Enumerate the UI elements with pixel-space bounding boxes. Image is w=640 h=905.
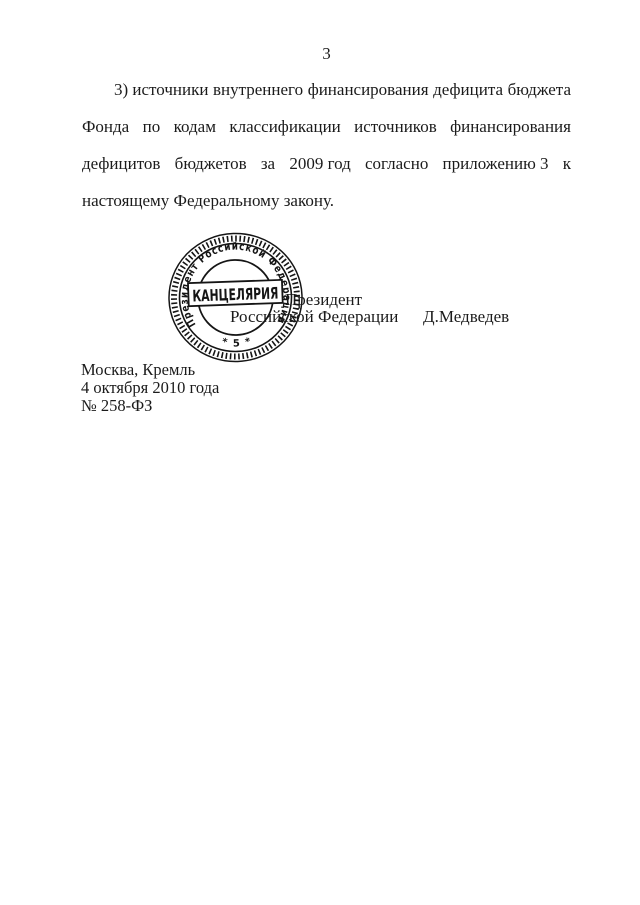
- stamp-bottom-text-holder: * 5 *: [220, 336, 253, 350]
- word-group: 3) источники: [114, 80, 208, 117]
- word-group: классификации: [229, 117, 340, 154]
- word-group: дефицита: [433, 80, 503, 117]
- word-group: 2009 год: [289, 154, 350, 191]
- word-group: за: [261, 154, 275, 191]
- word-group: источников: [354, 117, 437, 154]
- chancellery-stamp-icon: Президент Российской Федерации * 5 * КАН…: [162, 226, 310, 370]
- footer-date: 4 октября 2010 года: [81, 379, 219, 397]
- word-group: к: [563, 154, 571, 191]
- paragraph-justified-line: Фондапокодамклассификацииисточниковфинан…: [82, 117, 571, 154]
- paragraph-clause-3: 3) источникивнутреннегофинансированиядеф…: [82, 80, 571, 228]
- footer-block: Москва, Кремль 4 октября 2010 года № 258…: [81, 361, 219, 415]
- word-group: согласно: [365, 154, 428, 191]
- word-group: Фонда: [82, 117, 129, 154]
- word-group: по: [143, 117, 161, 154]
- footer-doc-number: № 258-ФЗ: [81, 397, 219, 415]
- paragraph-justified-line: дефицитовбюджетовза2009 годсогласноприло…: [82, 154, 571, 191]
- word-group: бюджетов: [175, 154, 247, 191]
- word-group: финансирования: [450, 117, 571, 154]
- word-group: внутреннего: [213, 80, 303, 117]
- stamp-bottom-text: * 5 *: [220, 336, 253, 350]
- paragraph-justified-line: 3) источникивнутреннегофинансированиядеф…: [82, 80, 571, 117]
- word-group: бюджета: [508, 80, 571, 117]
- signature-name: Д.Медведев: [423, 307, 509, 327]
- paragraph-last-line: настоящему Федеральному закону.: [82, 191, 571, 228]
- word-group: финансирования: [308, 80, 429, 117]
- document-page: 3 3) источникивнутреннегофинансированияд…: [0, 0, 640, 905]
- page-number: 3: [82, 44, 571, 64]
- stamp-center-label: КАНЦЕЛЯРИЯ: [192, 284, 279, 306]
- word-group: дефицитов: [82, 154, 160, 191]
- word-group: кодам: [174, 117, 216, 154]
- word-group: приложению 3: [443, 154, 549, 191]
